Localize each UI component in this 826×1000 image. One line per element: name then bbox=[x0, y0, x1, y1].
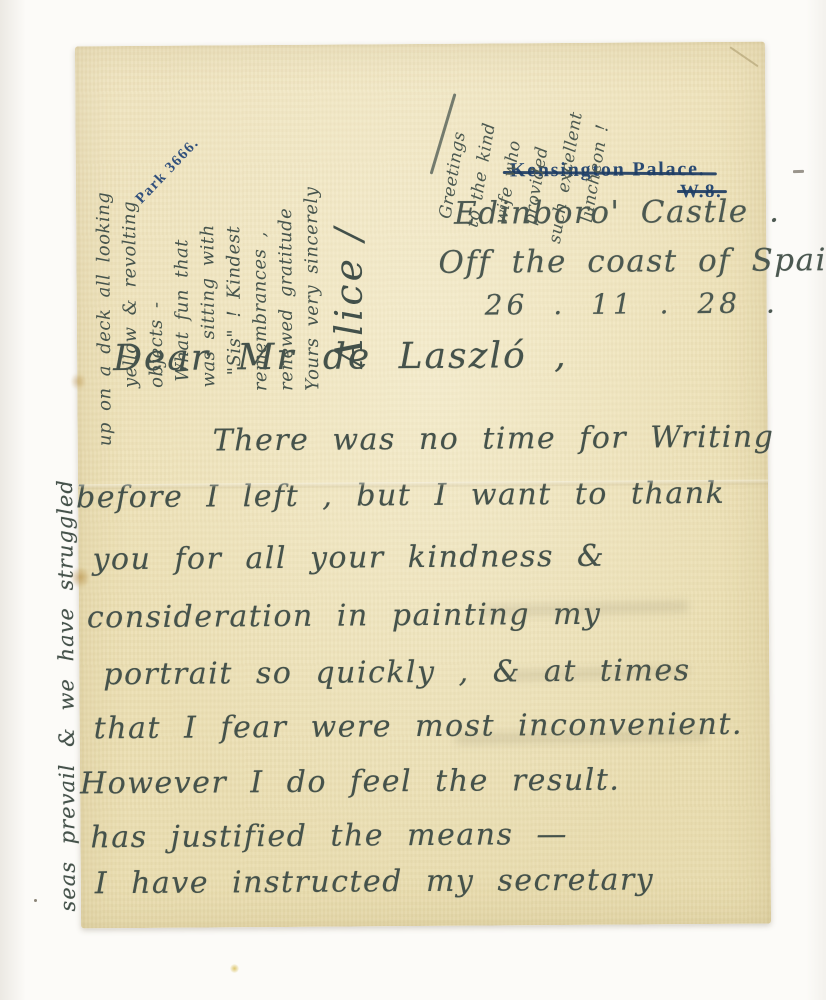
stain-speck bbox=[34, 899, 37, 902]
margin-line: remembrances , bbox=[246, 55, 275, 445]
margin-note-left-edge: seas prevail & we have struggled bbox=[52, 371, 86, 911]
margin-note-top-left: up on a deck all looking yellow & revolt… bbox=[90, 54, 373, 446]
body-line: has justified the means — bbox=[90, 817, 568, 855]
body-line: I have instructed my secretary bbox=[95, 862, 655, 901]
body-line: However I do feel the result. bbox=[80, 763, 621, 802]
body-line: you for all your kindness & bbox=[92, 539, 605, 578]
margin-line: What fun that bbox=[168, 56, 197, 446]
margin-line: renewed gratitude bbox=[272, 55, 301, 445]
postscript-top-right: Greetings to the kind wife who provided … bbox=[431, 30, 636, 251]
margin-line: Yours very sincerely bbox=[298, 55, 327, 445]
strikethrough-mark bbox=[677, 190, 727, 193]
scan-background: Park 3666. Kensington Palace. W.8. Edinb… bbox=[0, 0, 826, 1000]
margin-line: "Sis" ! Kindest bbox=[220, 55, 249, 445]
stain-yellow-dot bbox=[230, 964, 239, 973]
dateline-date: 26 . 11 . 28 . bbox=[485, 287, 779, 322]
margin-line: was sitting with bbox=[194, 55, 223, 445]
signature: Alice / bbox=[324, 54, 373, 444]
dateline-location: Off the coast of Spain. bbox=[438, 242, 826, 281]
margin-line: up on a deck all looking bbox=[90, 56, 119, 446]
margin-line: yellow & revolting bbox=[116, 56, 145, 446]
scanner-mark-dash bbox=[793, 170, 804, 173]
letter-page: Park 3666. Kensington Palace. W.8. Edinb… bbox=[75, 42, 771, 929]
margin-line: objects - bbox=[142, 56, 171, 446]
corner-crease bbox=[729, 46, 758, 67]
